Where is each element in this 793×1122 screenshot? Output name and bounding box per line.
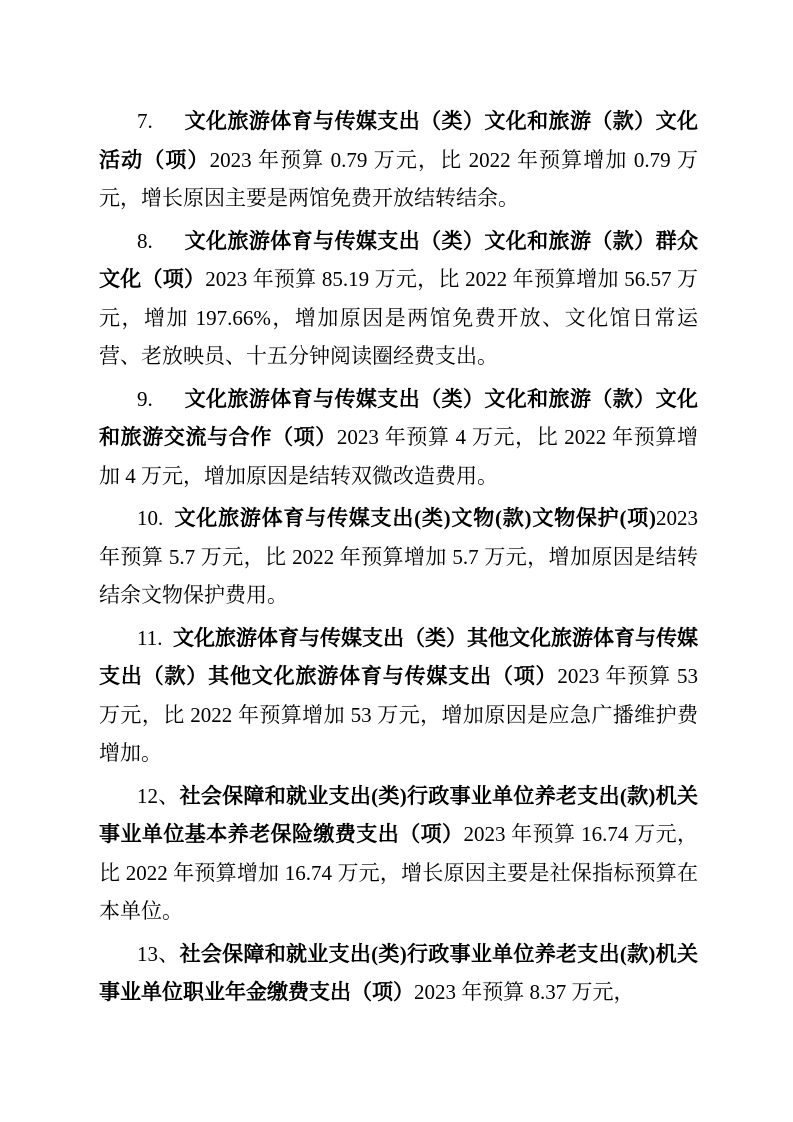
item-number: 12、 <box>137 784 180 808</box>
item-heading-bold: 文化旅游体育与传媒支出(类)文物(款)文物保护(项) <box>174 506 656 530</box>
document-page: 7. 文化旅游体育与传媒支出（类）文化和旅游（款）文化活动（项）2023 年预算… <box>0 0 793 1122</box>
item-number: 11. <box>137 626 173 650</box>
item-number: 13、 <box>137 942 180 966</box>
item-number: 7. <box>137 109 184 133</box>
paragraph-item-9: 9. 文化旅游体育与传媒支出（类）文化和旅游（款）文化和旅游交流与合作（项）20… <box>99 380 698 496</box>
paragraph-item-13: 13、社会保障和就业支出(类)行政事业单位养老支出(款)机关事业单位职业年金缴费… <box>99 935 698 1012</box>
paragraph-item-12: 12、社会保障和就业支出(类)行政事业单位养老支出(款)机关事业单位基本养老保险… <box>99 777 698 931</box>
paragraph-item-8: 8. 文化旅游体育与传媒支出（类）文化和旅游（款）群众文化（项）2023 年预算… <box>99 222 698 376</box>
item-body-text: 2023 年预算 8.37 万元， <box>414 980 635 1004</box>
item-number: 10. <box>137 506 174 530</box>
item-number: 8. <box>137 229 184 253</box>
item-number: 9. <box>137 387 184 411</box>
paragraph-item-7: 7. 文化旅游体育与传媒支出（类）文化和旅游（款）文化活动（项）2023 年预算… <box>99 102 698 218</box>
paragraph-item-11: 11. 文化旅游体育与传媒支出（类）其他文化旅游体育与传媒支出（款）其他文化旅游… <box>99 619 698 773</box>
paragraph-item-10: 10. 文化旅游体育与传媒支出(类)文物(款)文物保护(项)2023 年预算 5… <box>99 499 698 615</box>
